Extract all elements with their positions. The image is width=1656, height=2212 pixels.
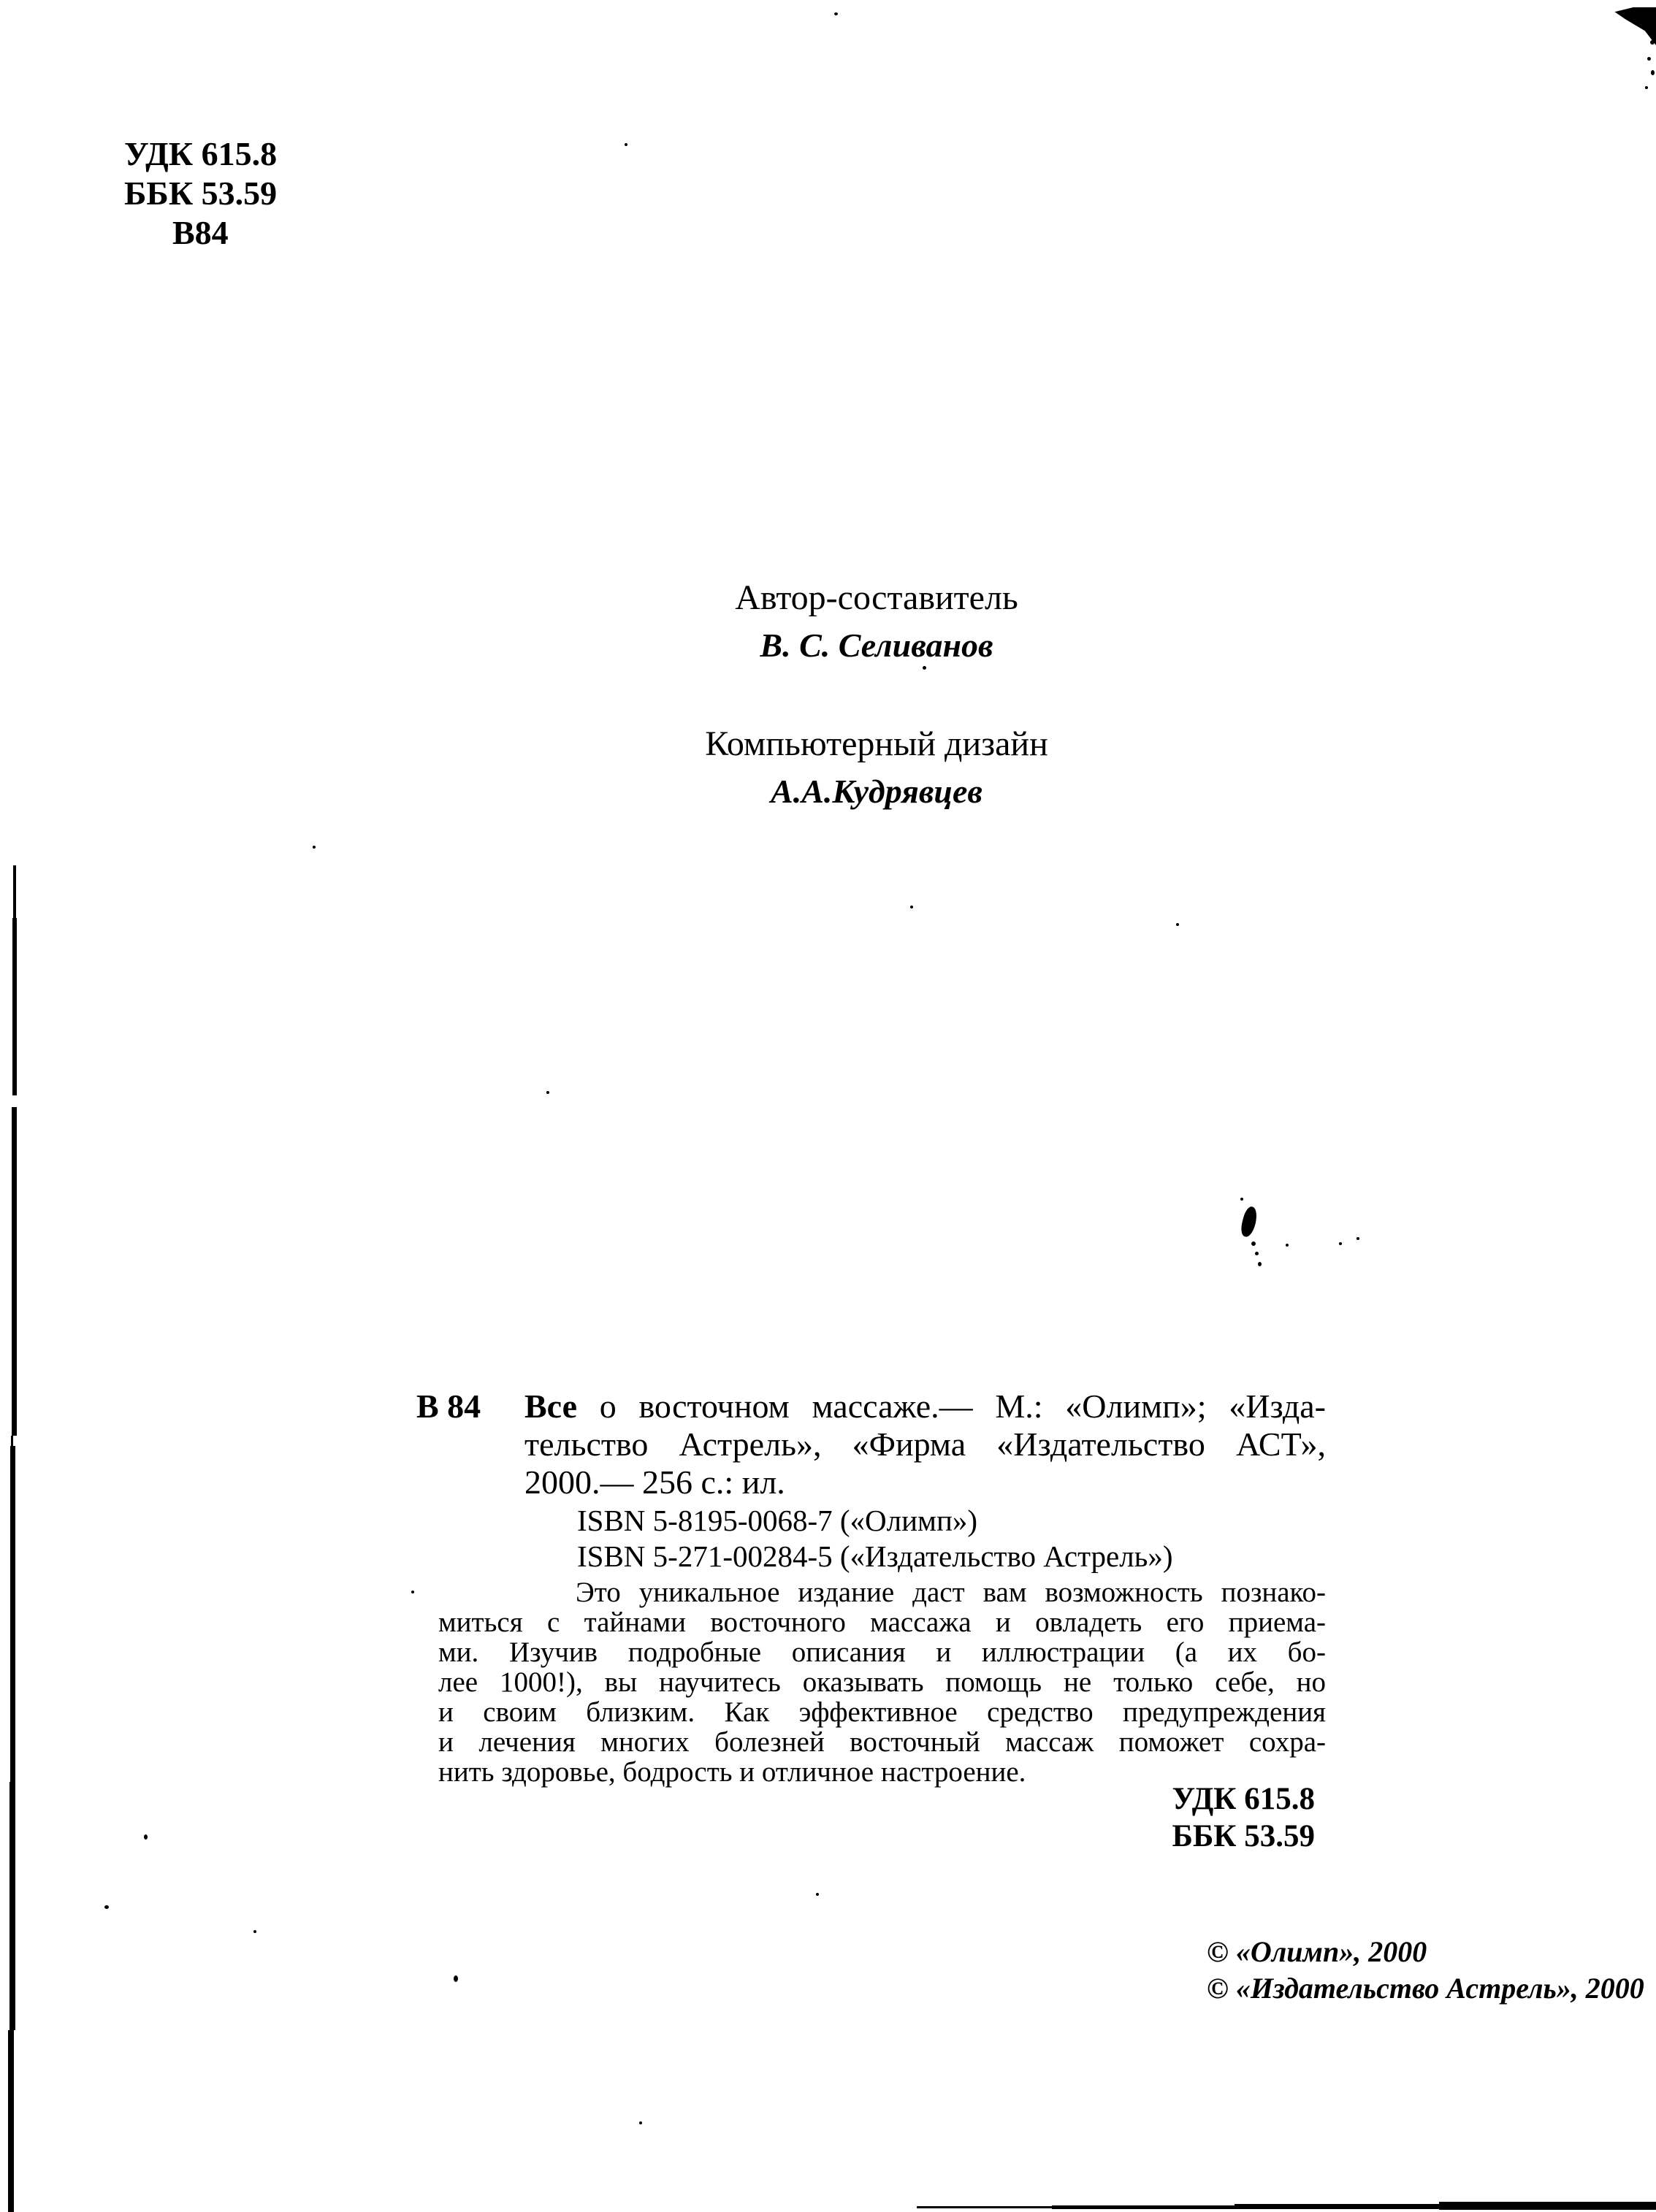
- compiler-name: В. С. Селиванов: [511, 627, 1242, 664]
- udk-code: УДК 615.8: [124, 134, 277, 174]
- scan-speck: [144, 1834, 148, 1840]
- designer-label: Компьютерный дизайн: [511, 725, 1242, 763]
- bottom-scan-bar-segment: [1439, 2202, 1656, 2210]
- scan-speck: [625, 143, 627, 146]
- left-margin-line-segment: [13, 865, 16, 918]
- left-margin-line-segment: [10, 1446, 15, 1782]
- left-margin-line-segment: [11, 1436, 13, 1446]
- catalog-entry: В 84 Все о восточном массаже.— М.: «Олим…: [416, 1388, 1326, 1501]
- left-margin-line-segment: [8, 2030, 14, 2212]
- scan-speck: [1176, 923, 1179, 926]
- scan-speck: [1651, 70, 1655, 75]
- isbn-line-1: ISBN 5-8195-0068-7 («Олимп»): [577, 1503, 1173, 1539]
- annotation-line-2: миться с тайнами восточного массажа и ов…: [438, 1607, 1326, 1637]
- scan-speck: [546, 1091, 549, 1094]
- classification-footer: УДК 615.8 ББК 53.59: [961, 1780, 1315, 1855]
- scan-speck: [639, 2121, 642, 2124]
- scan-speck: [253, 1930, 256, 1933]
- left-margin-line-segment: [12, 918, 17, 1095]
- bottom-scan-bar-segment: [1052, 2205, 1235, 2209]
- bottom-scan-bar-segment: [1235, 2204, 1439, 2209]
- annotation-line-1: Это уникальное издание даст вам возможно…: [438, 1577, 1326, 1607]
- scan-speck: [816, 1893, 819, 1896]
- bbk-code: ББК 53.59: [124, 174, 277, 213]
- catalog-title: Все: [524, 1388, 577, 1425]
- scan-speck: [411, 1591, 414, 1593]
- annotation-line-5: и своим близким. Как эффективное средств…: [438, 1697, 1326, 1727]
- copyright-line-1: © «Олимп», 2000: [1207, 1934, 1644, 1970]
- scan-speck: [1357, 1237, 1359, 1240]
- scan-speck: [454, 1975, 458, 1982]
- catalog-line-1-rest: о восточном массаже.— М.: «Олимп»; «Изда…: [577, 1388, 1326, 1425]
- annotation-line-3: ми. Изучив подробные описания и иллюстра…: [438, 1637, 1326, 1667]
- annotation-line-6: и лечения многих болезней восточный масс…: [438, 1727, 1326, 1757]
- left-margin-line-segment: [12, 1107, 17, 1436]
- catalog-line-2: тельство Астрель», «Фирма «Издательство …: [524, 1425, 1326, 1463]
- annotation: Это уникальное издание даст вам возможно…: [438, 1577, 1326, 1787]
- isbn-block: ISBN 5-8195-0068-7 («Олимп») ISBN 5-271-…: [577, 1503, 1173, 1574]
- scan-speck: [104, 1905, 109, 1909]
- scan-speck: [834, 12, 838, 15]
- copyright-line-2: © «Издательство Астрель», 2000: [1207, 1970, 1644, 2007]
- ink-blot: [1239, 1205, 1259, 1238]
- scan-speck: [313, 846, 316, 849]
- credits-block: Автор-составитель В. С. Селиванов Компью…: [511, 579, 1242, 810]
- scan-speck: [1645, 86, 1648, 89]
- scan-speck: [1286, 1244, 1289, 1247]
- catalog-line-3: 2000.— 256 с.: ил.: [524, 1463, 1326, 1501]
- ink-blot-dot: [1240, 1198, 1243, 1201]
- bbk-code-footer: ББК 53.59: [961, 1818, 1315, 1855]
- ink-blot-dot: [1251, 1241, 1256, 1246]
- scan-speck: [910, 906, 913, 908]
- ink-blot-dot: [1255, 1252, 1259, 1255]
- ink-blot-dot: [1258, 1262, 1262, 1266]
- scan-speck: [1339, 1242, 1342, 1245]
- credits-gap: [511, 664, 1242, 725]
- isbn-line-2: ISBN 5-271-00284-5 («Издательство Астрел…: [577, 1539, 1173, 1574]
- catalog-line-1: Все о восточном массаже.— М.: «Олимп»; «…: [524, 1388, 1326, 1425]
- catalog-text: Все о восточном массаже.— М.: «Олимп»; «…: [524, 1388, 1326, 1501]
- corner-scan-blob: [1606, 7, 1656, 45]
- compiler-label: Автор-составитель: [511, 579, 1242, 617]
- scan-speck: [1647, 57, 1651, 61]
- catalog-code: В 84: [416, 1388, 481, 1425]
- book-copyright-page: УДК 615.8 ББК 53.59 В84 Автор-составител…: [0, 0, 1656, 2212]
- scan-speck: [1650, 40, 1655, 45]
- udk-code-footer: УДК 615.8: [961, 1780, 1315, 1818]
- classification-block: УДК 615.8 ББК 53.59 В84: [124, 134, 277, 253]
- author-mark: В84: [124, 213, 277, 253]
- annotation-line-4: лее 1000!), вы научитесь оказывать помощ…: [438, 1667, 1326, 1697]
- bottom-scan-bar-segment: [917, 2206, 1052, 2208]
- scan-speck: [923, 666, 926, 670]
- designer-name: А.А.Кудрявцев: [511, 773, 1242, 810]
- left-margin-line-segment: [9, 1782, 15, 2030]
- copyright-block: © «Олимп», 2000 © «Издательство Астрель»…: [1207, 1934, 1644, 2007]
